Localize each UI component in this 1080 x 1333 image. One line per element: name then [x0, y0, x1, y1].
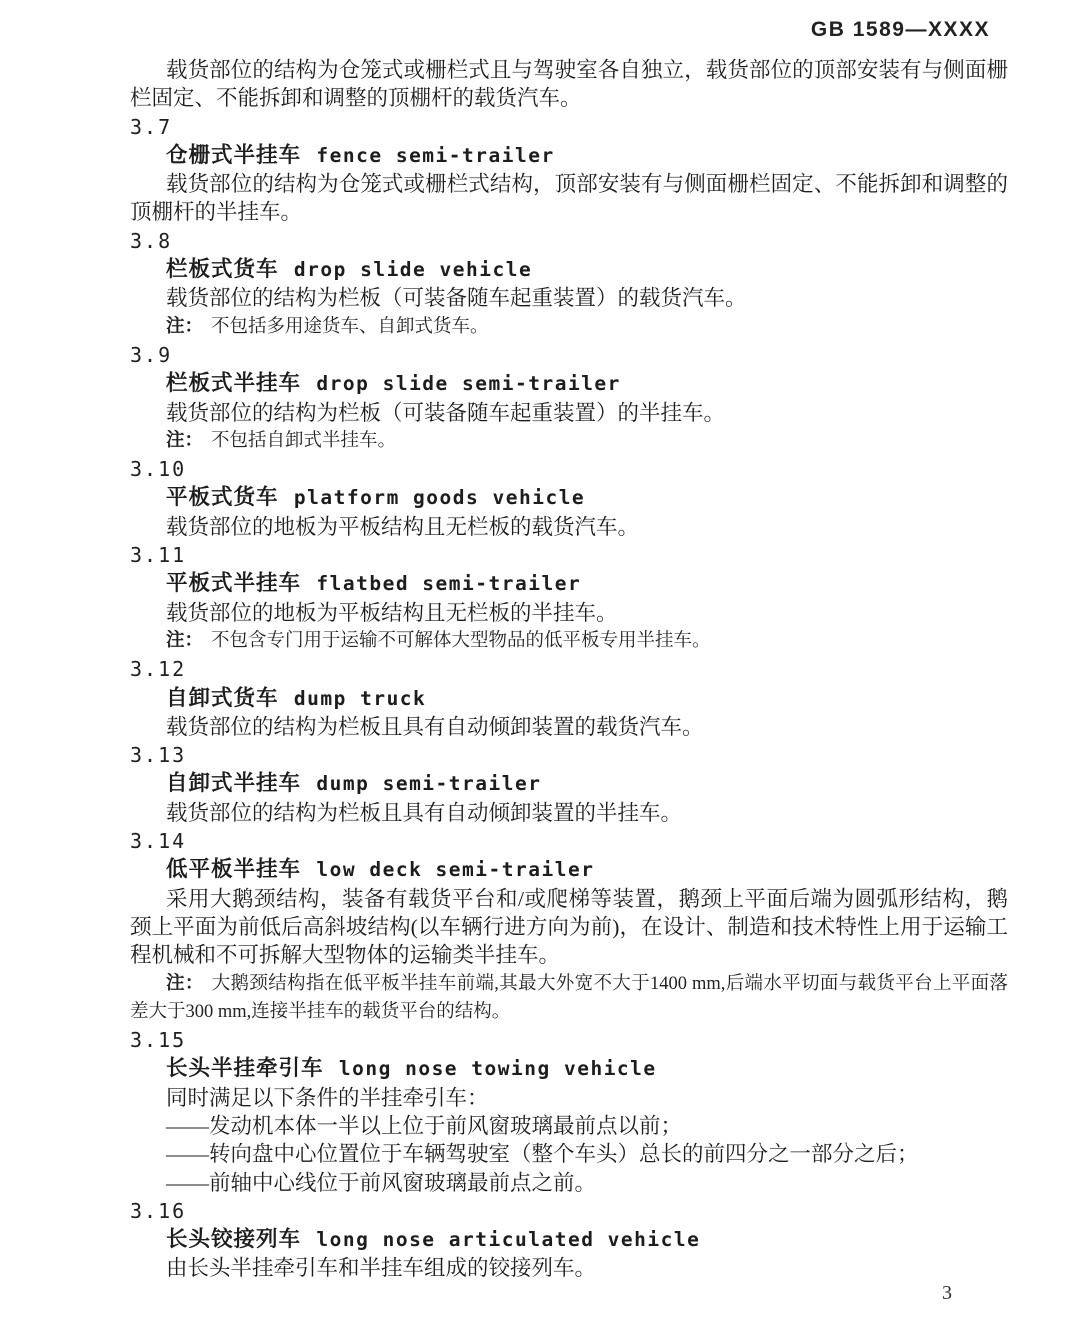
term-chinese: 自卸式货车 [166, 686, 279, 710]
document-page: GB 1589—XXXX 载货部位的结构为仓笼式或栅栏式且与驾驶室各自独立，载货… [0, 0, 1080, 1333]
term-chinese: 栏板式半挂车 [166, 371, 301, 395]
section-3-15: 3.15 长头半挂牵引车 long nose towing vehicle 同时… [130, 1026, 1008, 1197]
note: 注：不包括多用途货车、自卸式货车。 [130, 313, 1008, 341]
term-chinese: 仓栅式半挂车 [166, 143, 301, 167]
definition-paragraph: 载货部位的结构为仓笼式或栅栏式结构，顶部安装有与侧面栅栏固定、不能拆卸和调整的顶… [130, 170, 1008, 227]
note: 注：大鹅颈结构指在低平板半挂车前端,其最大外宽不大于1400 mm,后端水平切面… [130, 970, 1008, 1027]
section-heading: 低平板半挂车 low deck semi-trailer [166, 855, 1008, 884]
page-number: 3 [942, 1279, 952, 1307]
note: 注：不包含专门用于运输不可解体大型物品的低平板专用半挂车。 [130, 627, 1008, 655]
note-text: 不包括自卸式半挂车。 [211, 431, 396, 451]
section-number: 3.16 [130, 1197, 1008, 1225]
section-heading: 长头半挂牵引车 long nose towing vehicle [166, 1054, 1008, 1083]
section-heading: 仓栅式半挂车 fence semi-trailer [166, 141, 1008, 170]
note-text: 不包括多用途货车、自卸式货车。 [211, 317, 489, 337]
term-english: dump semi-trailer [316, 772, 541, 795]
intro-paragraph: 载货部位的结构为仓笼式或栅栏式且与驾驶室各自独立，载货部位的顶部安装有与侧面栅栏… [130, 56, 1008, 113]
section-3-10: 3.10 平板式货车 platform goods vehicle 载货部位的地… [130, 455, 1008, 541]
section-3-12: 3.12 自卸式货车 dump truck 载货部位的结构为栏板且具有自动倾卸装… [130, 655, 1008, 741]
condition-item: ——前轴中心线位于前风窗玻璃最前点之前。 [130, 1169, 1008, 1197]
section-heading: 栏板式半挂车 drop slide semi-trailer [166, 369, 1008, 398]
section-number: 3.9 [130, 341, 1008, 369]
term-english: drop slide vehicle [294, 258, 532, 281]
term-english: long nose articulated vehicle [316, 1228, 700, 1251]
section-number: 3.13 [130, 741, 1008, 769]
definition-paragraph: 采用大鹅颈结构，装备有载货平台和/或爬梯等装置，鹅颈上平面后端为圆弧形结构，鹅颈… [130, 885, 1008, 970]
section-3-14: 3.14 低平板半挂车 low deck semi-trailer 采用大鹅颈结… [130, 827, 1008, 1026]
section-heading: 长头铰接列车 long nose articulated vehicle [166, 1225, 1008, 1254]
section-3-9: 3.9 栏板式半挂车 drop slide semi-trailer 载货部位的… [130, 341, 1008, 455]
definition-paragraph: 载货部位的结构为栏板（可装备随车起重装置）的载货汽车。 [130, 284, 1008, 312]
section-heading: 平板式半挂车 flatbed semi-trailer [166, 569, 1008, 598]
term-english: fence semi-trailer [316, 144, 554, 167]
document-number: GB 1589—XXXX [811, 16, 990, 44]
note-label: 注： [166, 317, 203, 337]
section-3-11: 3.11 平板式半挂车 flatbed semi-trailer 载货部位的地板… [130, 541, 1008, 655]
section-3-13: 3.13 自卸式半挂车 dump semi-trailer 载货部位的结构为栏板… [130, 741, 1008, 827]
definition-paragraph: 由长头半挂牵引车和半挂车组成的铰接列车。 [130, 1254, 1008, 1282]
section-heading: 自卸式半挂车 dump semi-trailer [166, 769, 1008, 798]
section-number: 3.15 [130, 1026, 1008, 1054]
term-english: long nose towing vehicle [339, 1057, 657, 1080]
section-3-8: 3.8 栏板式货车 drop slide vehicle 载货部位的结构为栏板（… [130, 227, 1008, 341]
definition-paragraph: 载货部位的地板为平板结构且无栏板的载货汽车。 [130, 513, 1008, 541]
section-number: 3.12 [130, 655, 1008, 683]
section-3-16: 3.16 长头铰接列车 long nose articulated vehicl… [130, 1197, 1008, 1283]
note-text: 大鹅颈结构指在低平板半挂车前端,其最大外宽不大于1400 mm,后端水平切面与载… [130, 974, 1008, 1022]
note: 注：不包括自卸式半挂车。 [130, 427, 1008, 455]
section-heading: 平板式货车 platform goods vehicle [166, 483, 1008, 512]
definition-paragraph: 载货部位的结构为栏板且具有自动倾卸装置的半挂车。 [130, 799, 1008, 827]
term-english: drop slide semi-trailer [316, 372, 621, 395]
section-number: 3.11 [130, 541, 1008, 569]
definition-paragraph: 载货部位的结构为栏板且具有自动倾卸装置的载货汽车。 [130, 713, 1008, 741]
definition-paragraph: 载货部位的地板为平板结构且无栏板的半挂车。 [130, 599, 1008, 627]
section-number: 3.8 [130, 227, 1008, 255]
section-number: 3.14 [130, 827, 1008, 855]
definition-paragraph: 同时满足以下条件的半挂牵引车： [130, 1084, 1008, 1112]
term-chinese: 长头半挂牵引车 [166, 1056, 324, 1080]
definition-paragraph: 载货部位的结构为栏板（可装备随车起重装置）的半挂车。 [130, 399, 1008, 427]
term-chinese: 平板式货车 [166, 485, 279, 509]
term-chinese: 平板式半挂车 [166, 571, 301, 595]
term-english: dump truck [294, 687, 426, 710]
condition-item: ——转向盘中心位置位于车辆驾驶室（整个车头）总长的前四分之一部分之后； [130, 1140, 1008, 1168]
section-heading: 自卸式货车 dump truck [166, 684, 1008, 713]
note-label: 注： [166, 631, 203, 651]
section-3-7: 3.7 仓栅式半挂车 fence semi-trailer 载货部位的结构为仓笼… [130, 113, 1008, 227]
term-chinese: 自卸式半挂车 [166, 771, 301, 795]
note-text: 不包含专门用于运输不可解体大型物品的低平板专用半挂车。 [211, 631, 711, 651]
term-chinese: 长头铰接列车 [166, 1227, 301, 1251]
section-number: 3.7 [130, 113, 1008, 141]
note-label: 注： [166, 974, 204, 994]
term-chinese: 栏板式货车 [166, 257, 279, 281]
note-label: 注： [166, 431, 203, 451]
term-english: flatbed semi-trailer [316, 572, 581, 595]
condition-item: ——发动机本体一半以上位于前风窗玻璃最前点以前； [130, 1112, 1008, 1140]
term-chinese: 低平板半挂车 [166, 857, 301, 881]
section-number: 3.10 [130, 455, 1008, 483]
term-english: platform goods vehicle [294, 486, 585, 509]
term-english: low deck semi-trailer [316, 858, 594, 881]
section-heading: 栏板式货车 drop slide vehicle [166, 255, 1008, 284]
